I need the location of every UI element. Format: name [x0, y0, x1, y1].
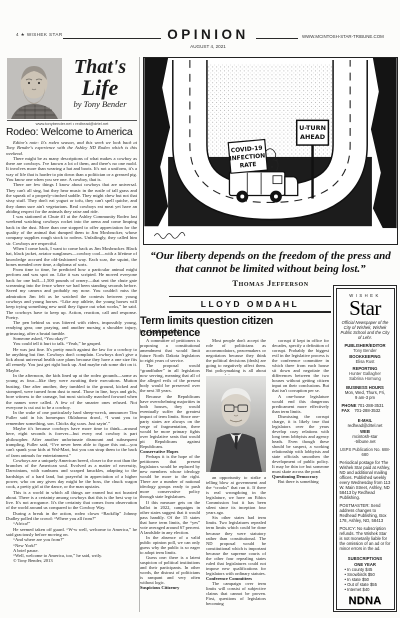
article-paragraph: I was stationed at Chute #1 at the Ashle… [6, 214, 137, 246]
article-column-2-top: Most people don't accept the role of pol… [206, 338, 266, 375]
thats-life-title-line2: Life [63, 78, 137, 98]
masthead-rule-left [63, 38, 161, 39]
ndna-logo: NDNA [340, 595, 391, 607]
masthead-website: WWW.MCINTOSH-STAR-TRIBUNE.COM [302, 35, 384, 39]
masthead-date: AUGUST 4, 2021 [163, 45, 253, 50]
lloyd-omdahl-photo [206, 376, 266, 472]
covid-sign: COVID-19 INFECTION RATE [228, 140, 267, 174]
van-window [273, 176, 282, 184]
article-paragraph: Guess one: there is a latent suspicion o… [140, 555, 200, 585]
article-column-2-bottom: an opportunity to strike a telling blow … [206, 475, 266, 614]
fax-number: 701-288-3532 [354, 408, 380, 413]
article-paragraph: The campaign over term limits will consi… [206, 581, 266, 606]
newspaper-page: 4 ★ WISHEK STAR OPINION WWW.MCINTOSH-STA… [0, 0, 400, 618]
publisher-name: Tony Bender [340, 348, 391, 353]
article-paragraph: In the afternoon, the kids lined up at t… [6, 373, 137, 410]
policy-notice: POLICY: No subscription refunds. The Wis… [340, 526, 391, 551]
article-paragraph: In the wake of one particularly hard she… [6, 410, 137, 426]
subscription-rate-item: • Internet $40 [345, 587, 391, 592]
article-paragraph: But there is something [272, 479, 329, 484]
author-contact-line: www.tonybender.net • redhead@drtel.net [7, 122, 137, 126]
star-masthead-box: WISHEK Star Official Newspaper of the Ci… [333, 285, 397, 612]
article-paragraph: In the absence of a valid public opinion… [140, 535, 200, 555]
masthead-rule-right [256, 38, 298, 39]
article-paragraph: A committee of petitioners is proposing … [140, 338, 200, 363]
star-masthead-inner: WISHEK Star Official Newspaper of the Ci… [336, 288, 395, 610]
page-number-label: 4 ★ WISHEK STAR [16, 33, 63, 38]
thats-life-byline: by Tony Bender [63, 98, 137, 110]
svg-text:U-TURN: U-TURN [299, 124, 326, 132]
article-column-1: A committee of petitioners is proposing … [140, 338, 200, 614]
article-paragraph: Dismissing the corrupt charge, it is lik… [272, 414, 329, 475]
article-paragraph: an opportunity to strike a telling blow … [206, 475, 266, 515]
pull-quote: “Our liberty depends on the freedom of t… [143, 250, 398, 275]
email-address: redhead@drtel.net [340, 423, 391, 428]
rodeo-paragraph-list: There might be as many descriptions of w… [6, 156, 137, 564]
publisher-label: PUBLISHER/EDITOR [340, 343, 391, 348]
svg-text:RATE: RATE [239, 161, 256, 169]
cartoon-road-scene [144, 58, 396, 243]
tony-bender-photo [7, 58, 62, 119]
star-tagline: Official Newspaper of the City of Wishek… [340, 320, 391, 340]
web-address-line2: -tribune.net [340, 439, 391, 444]
article-paragraph: Most people don't accept the role of pol… [206, 338, 266, 375]
rodeo-article-body: Editor's note: It's rodeo season, and th… [6, 140, 137, 612]
article-paragraph: If this measure gets on the ballot in 20… [140, 500, 200, 535]
subscription-rates: • In county $45• Snowbirds $50• In state… [340, 567, 391, 592]
postmaster-notice: POSTMASTER: Send address changes to Redh… [340, 503, 391, 523]
article-paragraph: There might be as many descriptions of w… [6, 156, 137, 182]
article-paragraph: A one-house legislature would end this d… [272, 394, 329, 414]
thats-life-title-block: That's Life by Tony Bender [63, 57, 137, 110]
article-paragraph: During a break in the action, rodeo clow… [6, 511, 137, 522]
omdahl-byline: by Lloyd Omdahl [140, 330, 179, 335]
article-paragraph: He seemed taken off guard. “W-w well, we… [6, 527, 137, 538]
article-paragraph: corrupt if kept in office for decades, s… [272, 338, 329, 394]
term-limits-headline: Term limits question citizen competence [140, 315, 334, 339]
editors-note: Editor's note: It's rodeo season, and th… [6, 140, 137, 156]
usps-number: USPS Publication No. 688-680 [340, 447, 391, 457]
article-column-3: corrupt if kept in office for decades, s… [272, 338, 329, 614]
editorial-cartoon: U-TURN AHEAD COVID-19 INFECTION RATE [143, 57, 398, 245]
subscriptions-label-line1: SUBSCRIPTIONS [340, 556, 391, 561]
article-paragraph: He was just fine. It's pretty much again… [6, 347, 137, 373]
article-paragraph: The proposal would “grandfather” in all … [140, 363, 200, 393]
article-paragraph: From time to time, he predicted how a pa… [6, 267, 137, 320]
star-logo: Star [340, 298, 391, 318]
article-paragraph: Because the Republicans have overwhelmin… [140, 394, 200, 450]
rodeo-headline: Rodeo: Welcome to America [6, 127, 138, 138]
bookkeeping-name: Elisa Rust [340, 359, 391, 364]
article-paragraph: The pen behind us was littered with ride… [6, 320, 137, 336]
section-title: OPINION [163, 28, 253, 42]
svg-text:AHEAD: AHEAD [300, 133, 325, 141]
article-paragraph: Maybe it's because cowboys have more tim… [6, 426, 137, 458]
article-paragraph: Perhaps it is the hope of the petitioner… [140, 454, 200, 499]
article-paragraph: There are few things I know about cowboy… [6, 182, 137, 214]
article-paragraph: This is a world in which all things are … [6, 490, 137, 511]
article-paragraph: Suspicious Citizenry [140, 585, 200, 590]
article-paragraph: © Tony Bender, 2013 [6, 558, 137, 563]
article-paragraph: Cowboys are a uniquely American breed, c… [6, 458, 137, 490]
periodical-notice: Periodical postage for The Wishek Star p… [340, 460, 391, 500]
article-paragraph: Six other states had term limits. Two le… [206, 515, 266, 576]
omdahl-kicker: LLOYD OMDAHL [169, 296, 331, 313]
article-paragraph: When I come back, I want to come back as… [6, 246, 137, 267]
